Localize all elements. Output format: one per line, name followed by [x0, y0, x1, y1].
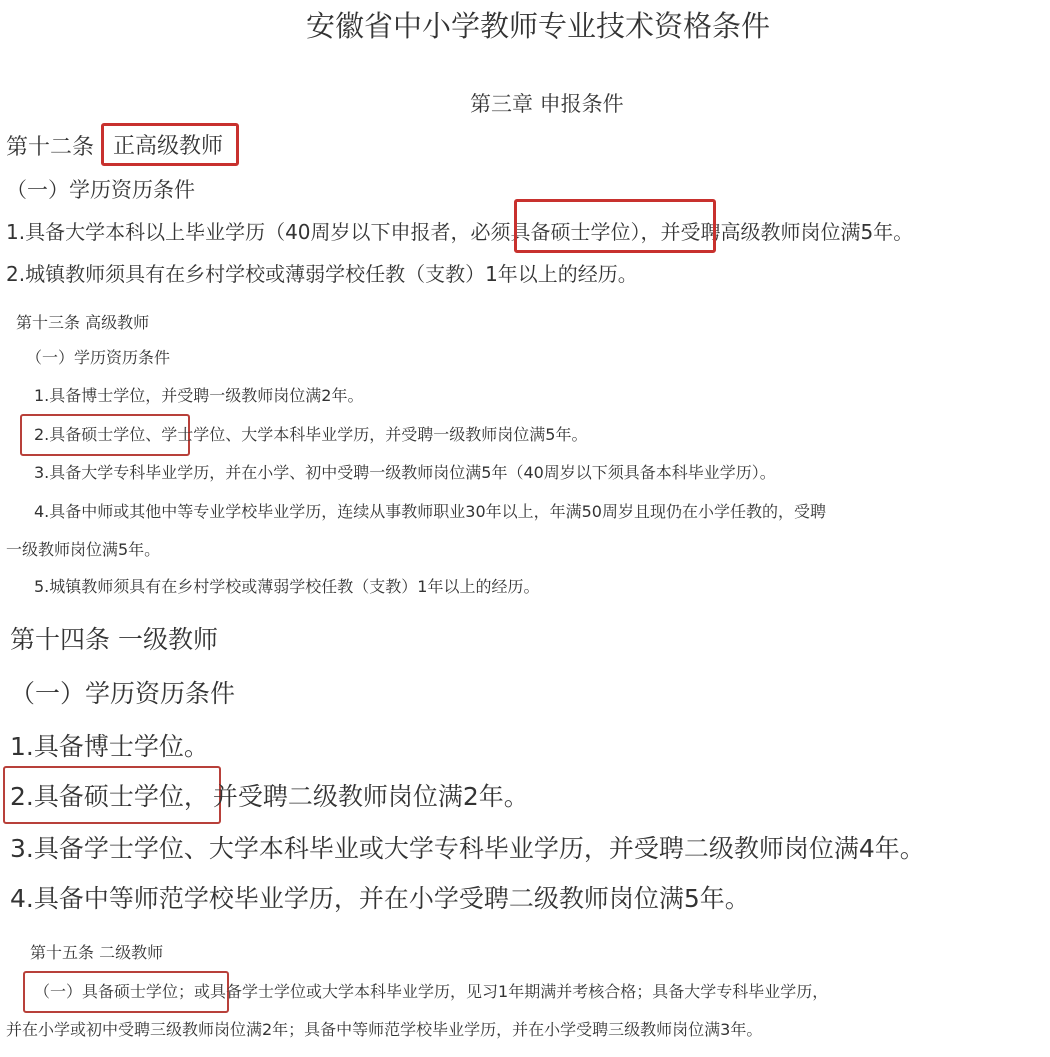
art14-item2-b: 并受聘二级教师岗位满2年。 — [213, 782, 529, 811]
art14-item4: 4.具备中等师范学校毕业学历，并在小学受聘二级教师岗位满5年。 — [10, 886, 750, 911]
art13-item2: 2.具备硕士学位、学士学位、大学本科毕业学历，并受聘一级教师岗位满5年。 — [34, 427, 587, 443]
document-title: 安徽省中小学教师专业技术资格条件 — [306, 12, 770, 41]
art14-subheading: （一）学历资历条件 — [10, 681, 235, 706]
art13-item4-line1: 4.具备中师或其他中等专业学校毕业学历，连续从事教师职业30年以上，年满50周岁… — [34, 504, 826, 520]
art12-item1-a: 1.具备大学本科以上毕业学历（40周岁以下申报者， — [6, 220, 471, 244]
art13-item3: 3.具备大学专科毕业学历，并在小学、初中受聘一级教师岗位满5年（40周岁以下须具… — [34, 465, 776, 481]
art14-item1: 1.具备博士学位。 — [10, 734, 209, 759]
art15-line1-b: 或具备学士学位或大学本科毕业学历，见习1年期满并考核合格；具备大学专科毕业学历， — [194, 982, 828, 1001]
art13-item2-a: 2.具备硕士学位、 — [34, 425, 161, 444]
art13-item2-b: 学士学位、大学本科毕业学历，并受聘一级教师岗位满5年。 — [161, 425, 587, 444]
art13-item5: 5.城镇教师须具有在乡村学校或薄弱学校任教（支教）1年以上的经历。 — [34, 579, 539, 595]
art14-item2: 2.具备硕士学位，并受聘二级教师岗位满2年。 — [10, 784, 529, 809]
art15-line2: 并在小学或初中受聘三级教师岗位满2年；具备中等师范学校毕业学历，并在小学受聘三级… — [6, 1022, 762, 1038]
art15-heading: 第十五条 二级教师 — [30, 945, 163, 961]
highlight-box-master-required — [514, 199, 716, 253]
art12-subheading: （一）学历资历条件 — [6, 180, 195, 201]
art13-heading: 第十三条 高级教师 — [16, 315, 149, 331]
art15-line1: （一）具备硕士学位；或具备学士学位或大学本科毕业学历，见习1年期满并考核合格；具… — [34, 984, 828, 1000]
art15-line1-a: （一）具备硕士学位； — [34, 982, 194, 1001]
art14-heading: 第十四条 一级教师 — [10, 627, 218, 652]
art14-item3: 3.具备学士学位、大学本科毕业或大学专科毕业学历，并受聘二级教师岗位满4年。 — [10, 836, 925, 861]
art12-heading-title: 正高级教师 — [113, 136, 223, 158]
art12-heading-prefix: 第十二条 — [6, 137, 94, 159]
art14-item2-a: 2.具备硕士学位， — [10, 782, 209, 811]
art13-item4-line2: 一级教师岗位满5年。 — [6, 542, 160, 558]
art13-subheading: （一）学历资历条件 — [26, 350, 170, 366]
art13-item1: 1.具备博士学位，并受聘一级教师岗位满2年。 — [34, 388, 363, 404]
art12-item2: 2.城镇教师须具有在乡村学校或薄弱学校任教（支教）1年以上的经历。 — [6, 264, 638, 284]
art12-item1: 1.具备大学本科以上毕业学历（40周岁以下申报者，必须具备硕士学位），并受聘高级… — [6, 222, 913, 242]
chapter-heading: 第三章 申报条件 — [470, 94, 624, 115]
